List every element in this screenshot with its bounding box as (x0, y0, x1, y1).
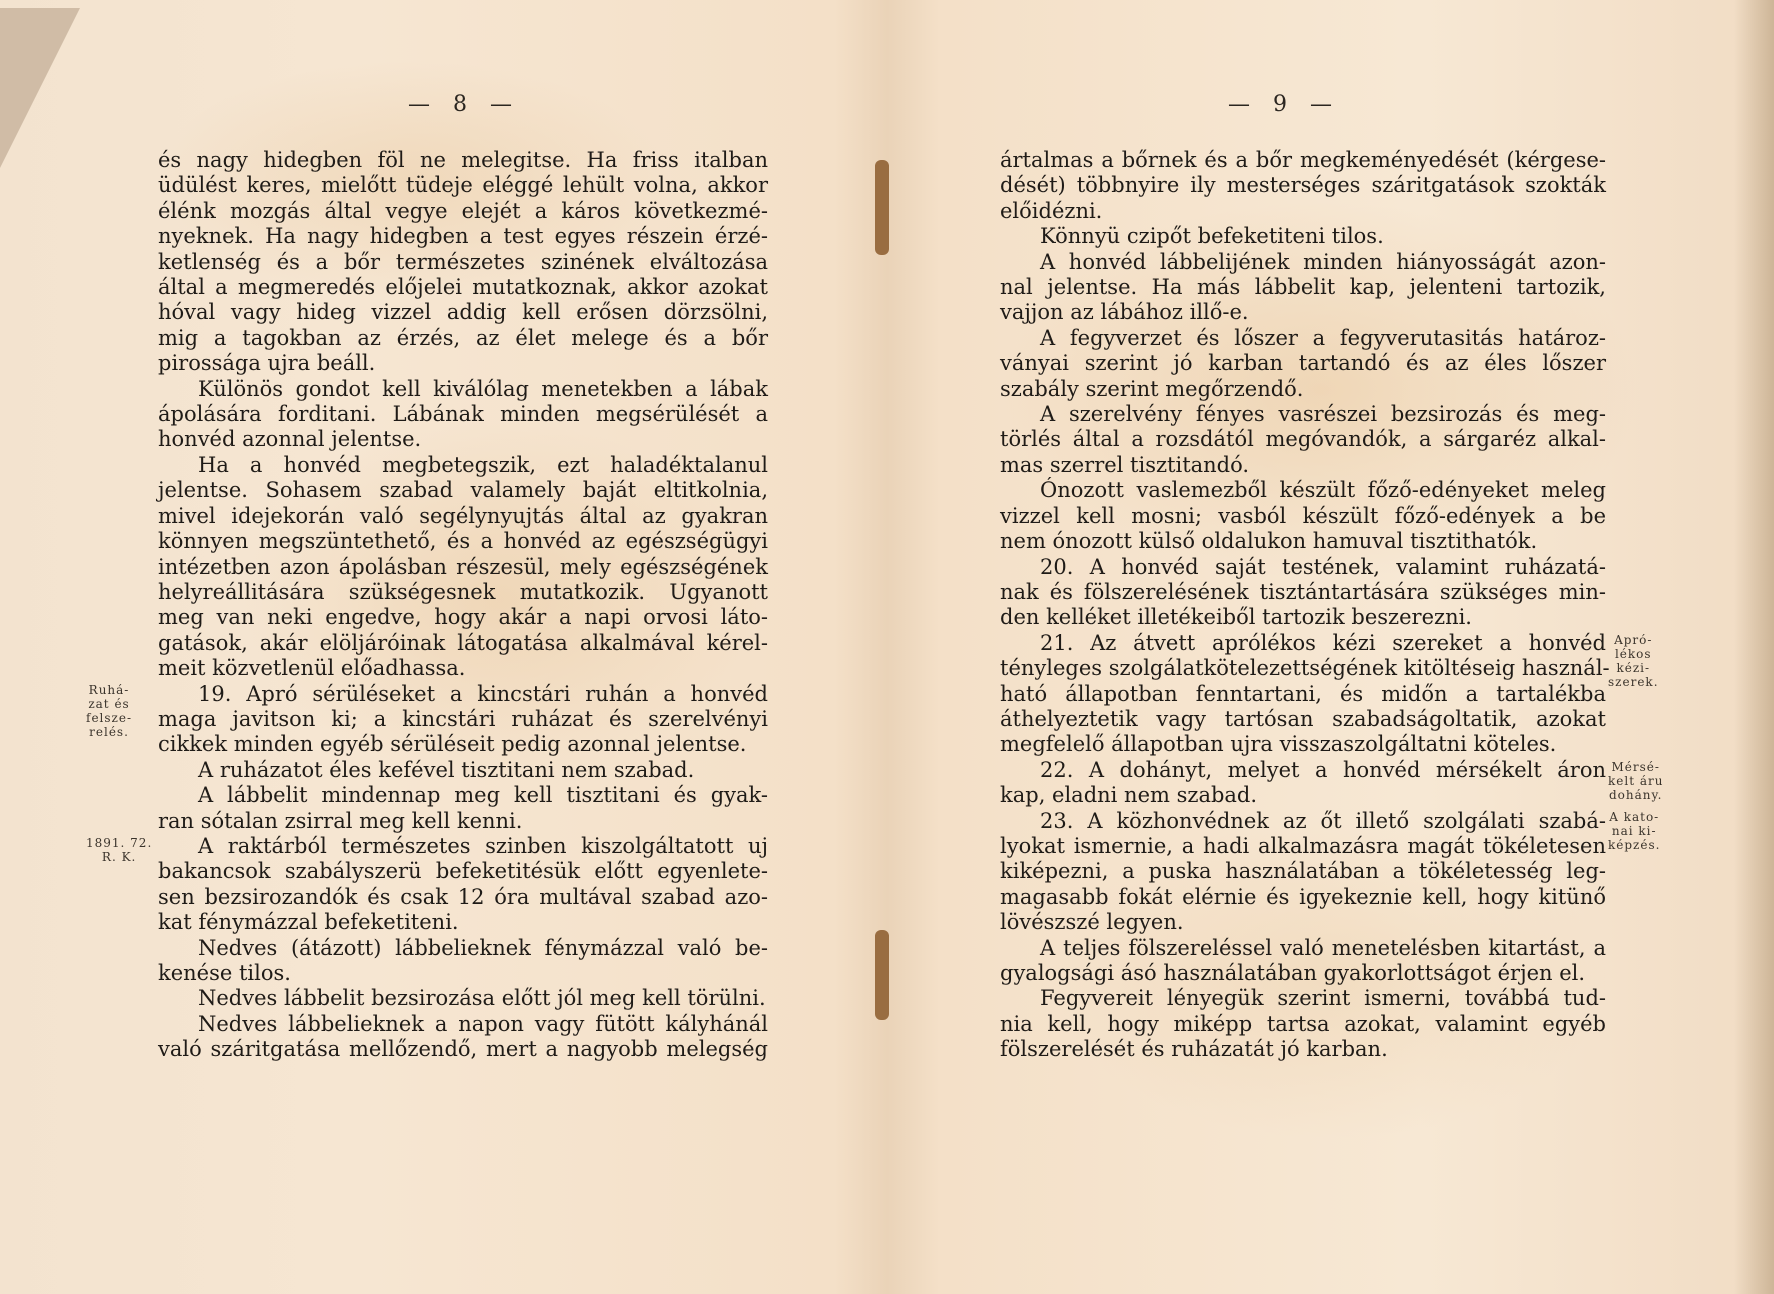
text-line: nal jelentse. Ha más lábbelit kap, jelen… (1000, 275, 1606, 300)
text-line: üdülést keres, mielőtt tüdeje eléggé leh… (158, 173, 768, 198)
text-line: nyeknek. Ha nagy hidegben a test egyes r… (158, 224, 768, 249)
text-line: kiképezni, a puska használatában a tökél… (1000, 859, 1606, 884)
text-line: dését) többnyire ily mesterséges száritg… (1000, 173, 1606, 198)
text-line: den kelléket illetékeiből tartozik besze… (1000, 605, 1606, 630)
text-line: 20. A honvéd saját testének, valamint ru… (1000, 555, 1606, 580)
margin-note: Apró- lékos kézi- szerek. (1608, 633, 1659, 689)
text-line: jelentse. Sohasem szabad valamely baját … (158, 478, 768, 503)
left-page: — 8 — és nagy hidegben föl ne melegitse.… (0, 0, 870, 1294)
text-line: nak és fölszerelésének tisztántartására … (1000, 580, 1606, 605)
text-line: cikkek minden egyéb sérüléseit pedig azo… (158, 732, 768, 757)
spine-damage (875, 930, 889, 1020)
text-line: meit közvetlenül előadhassa. (158, 656, 768, 681)
text-line: lövészszé legyen. (1000, 910, 1606, 935)
text-line: helyreállitására szükségesnek mutatkozik… (158, 580, 768, 605)
text-line: által a megmeredés előjelei mutatkoznak,… (158, 275, 768, 300)
text-line: nem ónozott külső oldalukon hamuval tisz… (1000, 529, 1606, 554)
text-line: mig a tagokban az érzés, az élet melege … (158, 326, 768, 351)
text-line: Fegyvereit lényegük szerint ismerni, tov… (1000, 986, 1606, 1011)
text-line: törlés által a rozsdától megóvandók, a s… (1000, 427, 1606, 452)
spine-damage (875, 160, 889, 255)
book-spread: — 8 — és nagy hidegben föl ne melegitse.… (0, 0, 1774, 1294)
text-line: élénk mozgás által vegye elejét a káros … (158, 199, 768, 224)
page-body-text: ártalmas a bőrnek és a bőr megkeményedés… (1000, 148, 1606, 1063)
page-number: — 9 — (1228, 92, 1340, 117)
text-line: magasabb fokát elérnie és igyekeznie kel… (1000, 885, 1606, 910)
text-line: tényleges szolgálatkötelezettségének kit… (1000, 656, 1606, 681)
text-line: áthelyeztetik vagy tartósan szabadságolt… (1000, 707, 1606, 732)
text-line: mivel idejekorán való segélynyujtás álta… (158, 504, 768, 529)
text-line: Könnyü czipőt befeketiteni tilos. (1000, 224, 1606, 249)
text-line: ketlenség és a bőr természetes szinének … (158, 250, 768, 275)
text-line: ványai szerint jó karban tartandó és az … (1000, 351, 1606, 376)
text-line: meg van neki engedve, hogy akár a napi o… (158, 605, 768, 630)
margin-note: Ruhá- zat és felsze- relés. (86, 683, 132, 739)
text-line: intézetben azon ápolásban részesül, mely… (158, 555, 768, 580)
text-line: A teljes fölszereléssel való menetelésbe… (1000, 936, 1606, 961)
text-line: mas szerrel tisztitandó. (1000, 453, 1606, 478)
text-line: Nedves lábbelit bezsirozása előtt jól me… (158, 986, 768, 1011)
margin-note: Mérsé- kelt áru dohány. (1608, 760, 1663, 802)
text-line: honvéd azonnal jelentse. (158, 427, 768, 452)
text-line: ható állapotban fenntartani, és midőn a … (1000, 682, 1606, 707)
margin-note: A kato- nai ki- képzés. (1608, 810, 1660, 852)
text-line: 21. Az átvett aprólékos kézi szereket a … (1000, 631, 1606, 656)
text-line: 22. A dohányt, melyet a honvéd mérsékelt… (1000, 758, 1606, 783)
page-number: — 8 — (408, 92, 520, 117)
text-line: A fegyverzet és lőszer a fegyverutasitás… (1000, 326, 1606, 351)
text-line: lyokat ismernie, a hadi alkalmazásra mag… (1000, 834, 1606, 859)
text-line: szabály szerint megőrzendő. (1000, 377, 1606, 402)
margin-note: 1891. 72. R. K. (86, 836, 152, 864)
text-line: bakancsok szabályszerü befeketitésük elő… (158, 859, 768, 884)
text-line: Nedves lábbelieknek a napon vagy fütött … (158, 1012, 768, 1037)
text-line: A lábbelit mindennap meg kell tisztitani… (158, 783, 768, 808)
text-line: ártalmas a bőrnek és a bőr megkeményedés… (1000, 148, 1606, 173)
text-line: gyalogsági ásó használatában gyakorlotts… (1000, 961, 1606, 986)
text-line: és nagy hidegben föl ne melegitse. Ha fr… (158, 148, 768, 173)
text-line: pirossága ujra beáll. (158, 351, 768, 376)
text-line: A szerelvény fényes vasrészei bezsirozás… (1000, 402, 1606, 427)
text-line: maga javitson ki; a kincstári ruházat és… (158, 707, 768, 732)
text-line: vizzel kell mosni; vasból készült főző-e… (1000, 504, 1606, 529)
text-line: Ónozott vaslemezből készült főző-edények… (1000, 478, 1606, 503)
text-line: 23. A közhonvédnek az őt illető szolgála… (1000, 809, 1606, 834)
text-line: vajjon az lábához illő-e. (1000, 300, 1606, 325)
text-line: kat fénymázzal befeketiteni. (158, 910, 768, 935)
text-line: kap, eladni nem szabad. (1000, 783, 1606, 808)
text-line: nia kell, hogy miképp tartsa azokat, val… (1000, 1012, 1606, 1037)
text-line: A ruházatot éles kefével tisztitani nem … (158, 758, 768, 783)
text-line: előidézni. (1000, 199, 1606, 224)
text-line: gatások, akár elöljáróinak látogatása al… (158, 631, 768, 656)
text-line: könnyen megszüntethető, és a honvéd az e… (158, 529, 768, 554)
page-body-text: és nagy hidegben föl ne melegitse. Ha fr… (158, 148, 768, 1063)
text-line: ápolására forditani. Lábának minden megs… (158, 402, 768, 427)
text-line: 19. Apró sérüléseket a kincstári ruhán a… (158, 682, 768, 707)
text-line: Nedves (átázott) lábbelieknek fénymázzal… (158, 936, 768, 961)
text-line: Különös gondot kell kiválólag menetekben… (158, 377, 768, 402)
text-line: megfelelő állapotban ujra visszaszolgált… (1000, 732, 1606, 757)
text-line: kenése tilos. (158, 961, 768, 986)
text-line: A raktárból természetes szinben kiszolgá… (158, 834, 768, 859)
text-line: fölszerelését és ruházatát jó karban. (1000, 1037, 1606, 1062)
text-line: Ha a honvéd megbetegszik, ezt haladéktal… (158, 453, 768, 478)
text-line: való száritgatása mellőzendő, mert a nag… (158, 1037, 768, 1062)
right-page: — 9 — ártalmas a bőrnek és a bőr megkemé… (890, 0, 1774, 1294)
text-line: ran sótalan zsirral meg kell kenni. (158, 809, 768, 834)
text-line: sen bezsirozandók és csak 12 óra multáva… (158, 885, 768, 910)
text-line: hóval vagy hideg vizzel addig kell erőse… (158, 300, 768, 325)
text-line: A honvéd lábbelijének minden hiányosságá… (1000, 250, 1606, 275)
